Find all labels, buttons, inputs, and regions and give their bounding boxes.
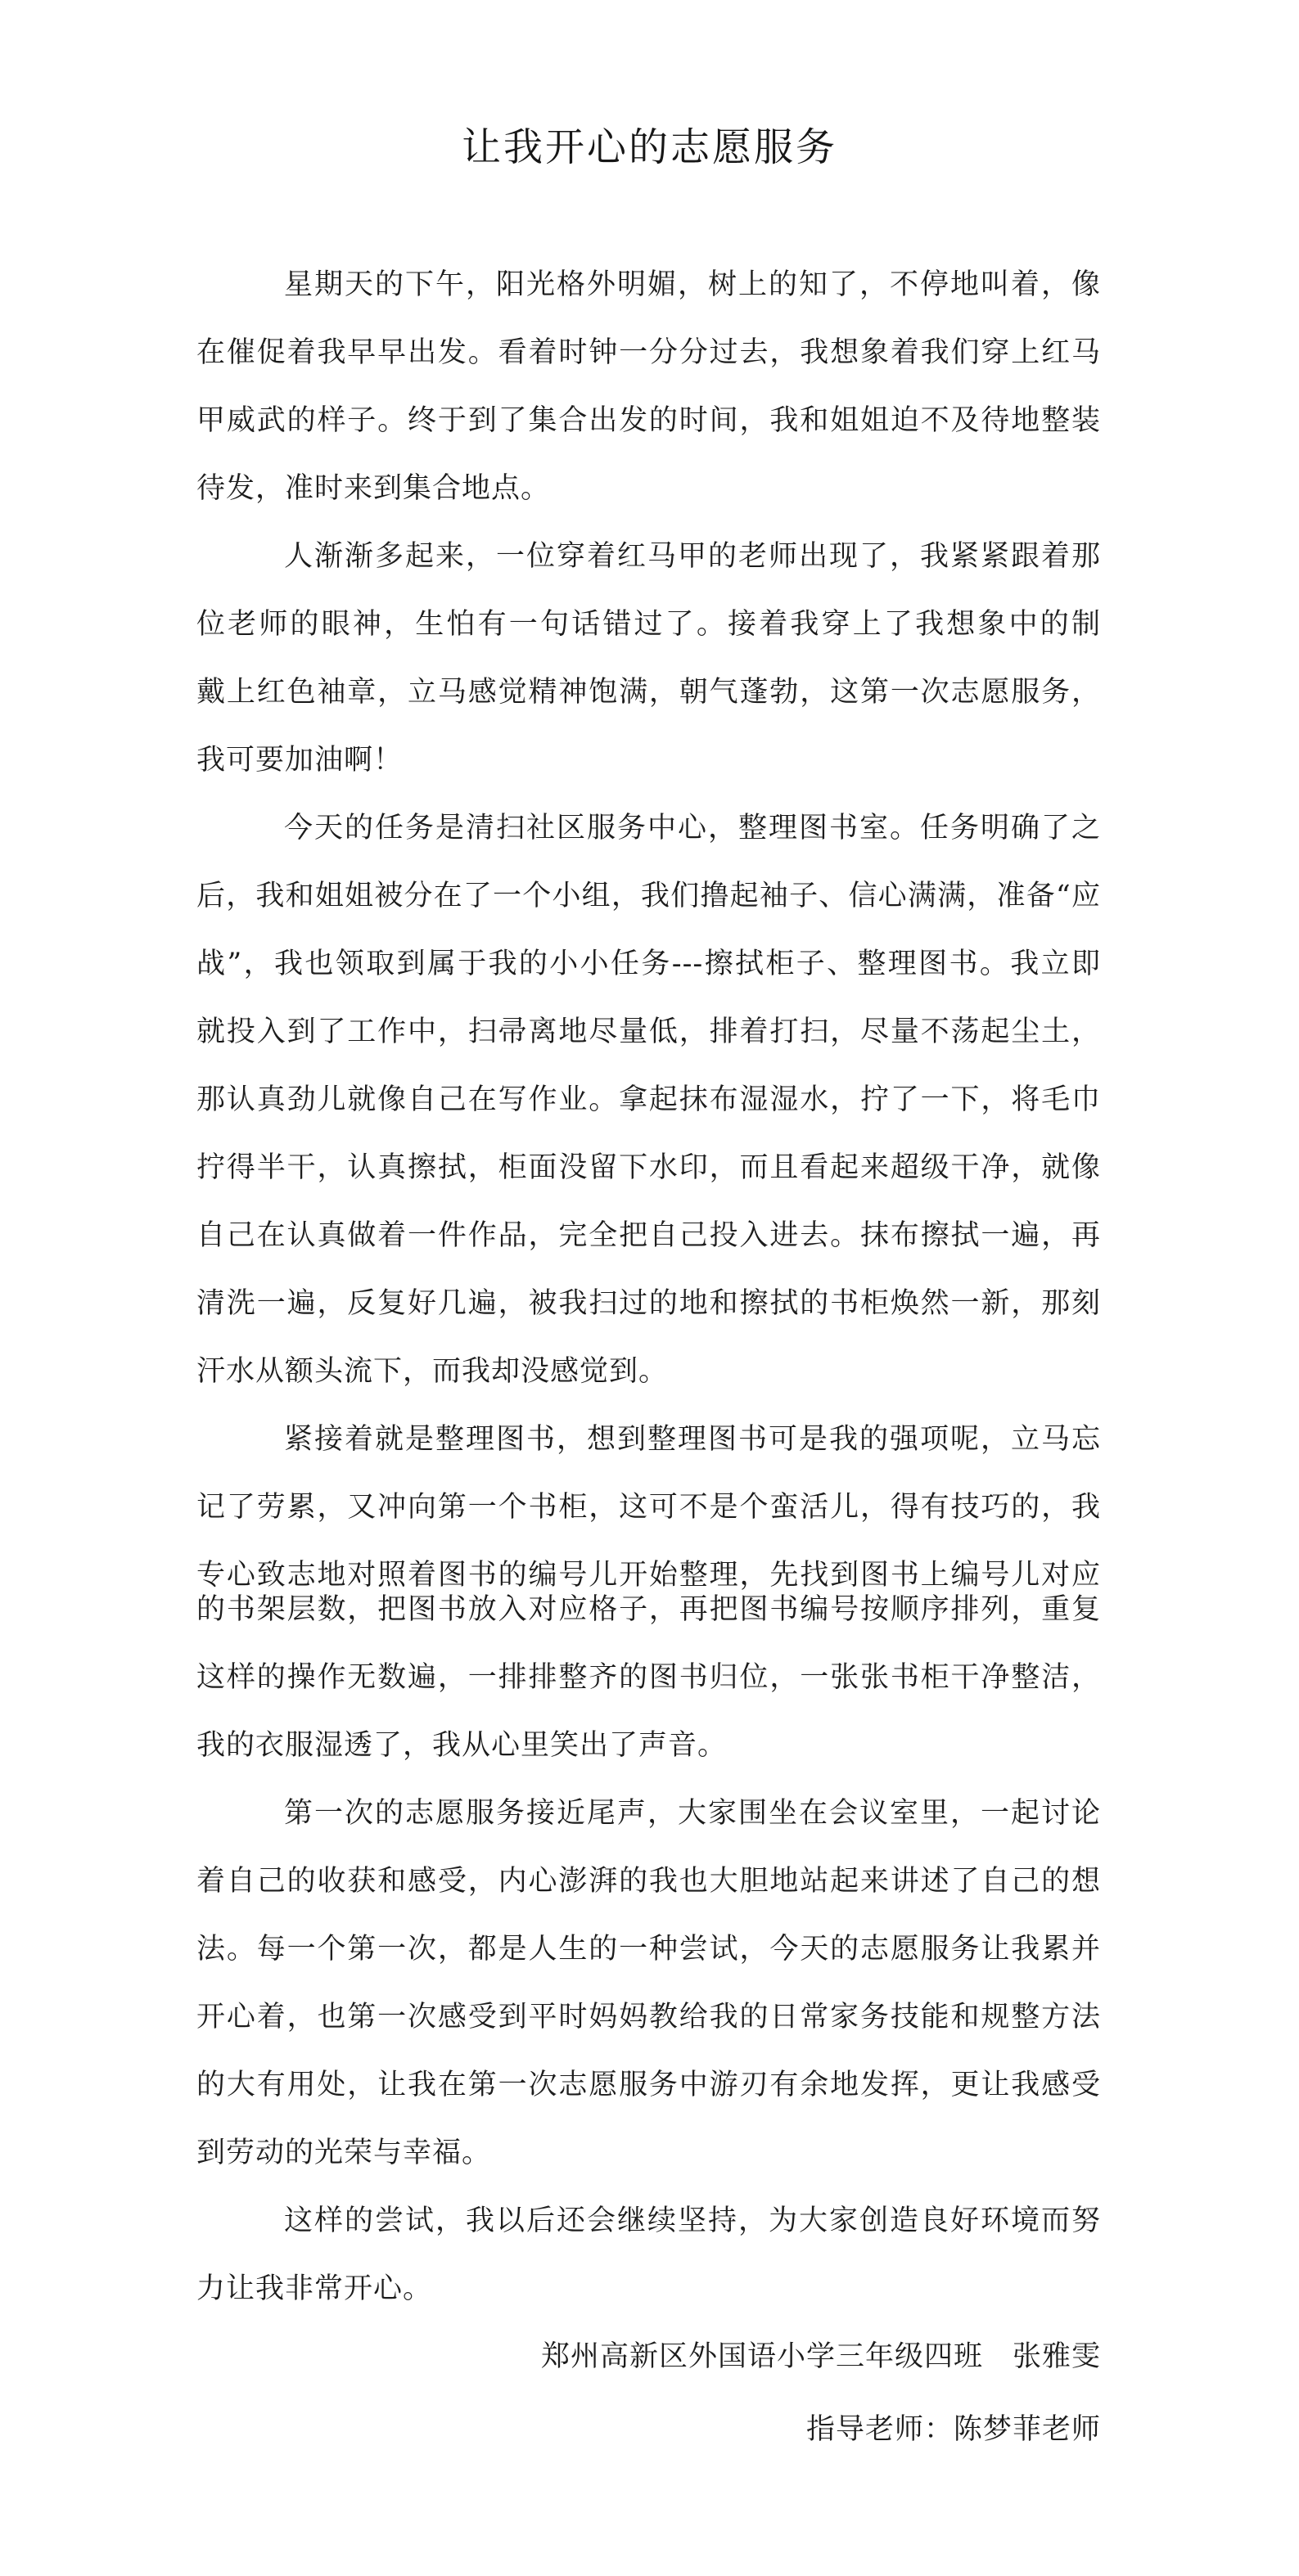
essay-line: 开心着，也第一次感受到平时妈妈教给我的日常家务技能和规整方法 [196,1984,1101,2051]
essay-line: 着自己的收获和感受，内心澎湃的我也大胆地站起来讲述了自己的想 [196,1848,1101,1916]
essay-line: 的大有用处，让我在第一次志愿服务中游刃有余地发挥，更让我感受 [196,2051,1101,2119]
essay-line: 戴上红色袖章，立马感觉精神饱满，朝气蓬勃，这第一次志愿服务， [196,659,1101,727]
essay-line: 人渐渐多起来，一位穿着红马甲的老师出现了，我紧紧跟着那 [196,523,1101,591]
essay-line: 法。每一个第一次，都是人生的一种尝试，今天的志愿服务让我累并 [196,1916,1101,1984]
essay-line: 力让我非常开心。 [196,2255,1101,2323]
essay-line: 星期天的下午，阳光格外明媚，树上的知了，不停地叫着，像 [196,251,1101,319]
essay-line: 今天的任务是清扫社区服务中心，整理图书室。任务明确了之 [196,795,1101,862]
essay-body: 星期天的下午，阳光格外明媚，树上的知了，不停地叫着，像 在催促着我早早出发。看着… [196,251,1101,2464]
essay-line: 清洗一遍，反复好几遍，被我扫过的地和擦拭的书柜焕然一新，那刻 [196,1270,1101,1338]
essay-line: 这样的操作无数遍，一排排整齐的图书归位，一张张书柜干净整洁， [196,1644,1101,1712]
essay-line: 这样的尝试，我以后还会继续坚持，为大家创造良好环境而努 [196,2187,1101,2255]
essay-line: 在催促着我早早出发。看着时钟一分分过去，我想象着我们穿上红马 [196,319,1101,387]
essay-line: 位老师的眼神，生怕有一句话错过了。接着我穿上了我想象中的制服， [196,591,1101,659]
essay-line: 待发，准时来到集合地点。 [196,455,1101,523]
essay-line: 那认真劲儿就像自己在写作业。拿起抹布湿湿水，拧了一下，将毛巾 [196,1066,1101,1134]
essay-line: 第一次的志愿服务接近尾声，大家围坐在会议室里，一起讨论 [196,1780,1101,1848]
document-page: 让我开心的志愿服务 星期天的下午，阳光格外明媚，树上的知了，不停地叫着，像 在催… [0,0,1299,2576]
essay-line: 我的衣服湿透了，我从心里笑出了声音。 [196,1712,1101,1780]
signature-teacher-line: 指导老师：陈梦菲老师 [196,2396,1101,2464]
essay-line: 后，我和姐姐被分在了一个小组，我们撸起袖子、信心满满，准备“应 [196,862,1101,930]
essay-line: 紧接着就是整理图书，想到整理图书可是我的强项呢，立马忘 [196,1406,1101,1474]
essay-line: 战”，我也领取到属于我的小小任务---擦拭柜子、整理图书。我立即 [196,930,1101,998]
essay-line: 自己在认真做着一件作品，完全把自己投入进去。抹布擦拭一遍，再 [196,1202,1101,1270]
essay-line: 汗水从额头流下，而我却没感觉到。 [196,1338,1101,1406]
essay-line: 记了劳累，又冲向第一个书柜，这可不是个蛮活儿，得有技巧的，我 [196,1474,1101,1542]
essay-title: 让我开心的志愿服务 [0,121,1299,173]
essay-line: 甲威武的样子。终于到了集合出发的时间，我和姐姐迫不及待地整装 [196,387,1101,455]
essay-line: 到劳动的光荣与幸福。 [196,2119,1101,2187]
essay-line: 我可要加油啊！ [196,727,1101,795]
essay-line: 的书架层数，把图书放入对应格子，再把图书编号按顺序排列，重复 [196,1576,1101,1644]
essay-line: 就投入到了工作中，扫帚离地尽量低，排着打扫，尽量不荡起尘土， [196,998,1101,1066]
signature-author-line: 郑州高新区外国语小学三年级四班 张雅雯 [196,2323,1101,2391]
essay-line: 拧得半干，认真擦拭，柜面没留下水印，而且看起来超级干净，就像 [196,1134,1101,1202]
